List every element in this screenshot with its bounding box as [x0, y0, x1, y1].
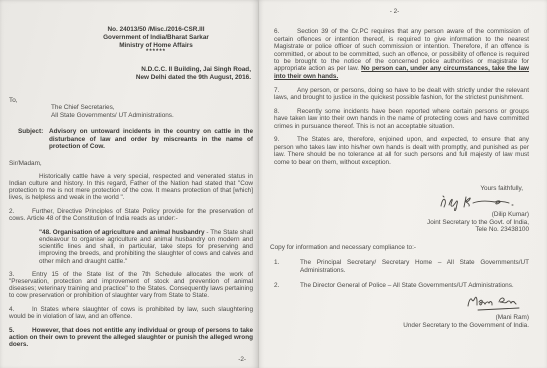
- signer-1-title: Joint Secretary to the Govt. of India,: [274, 219, 529, 226]
- scanned-document: No. 24013/50 /Misc./2016-CSR.III Governm…: [0, 0, 547, 368]
- paragraph-3-number: 3.: [9, 271, 32, 278]
- copy-item-2: 2. The Director General of Police – All …: [274, 282, 529, 289]
- copy-item-2-text: The Director General of Police – All Sta…: [300, 282, 529, 289]
- quote-bold-leadin: "48. Organisation of agriculture and ani…: [39, 229, 205, 236]
- paragraph-7-number: 7.: [274, 87, 297, 94]
- recipient-line-1: The Chief Secretaries,: [51, 104, 253, 112]
- paragraph-5: 5.However, that does not entitle any ind…: [9, 327, 253, 349]
- paragraph-3: 3.Entry 15 of the State list of the 7th …: [9, 271, 253, 300]
- letter-page-2: - 2- 6.Section 39 of the Cr.PC requires …: [258, 0, 547, 368]
- paragraph-9: 9.The States are, therefore, enjoined up…: [274, 136, 529, 166]
- paragraph-9-number: 9.: [274, 136, 297, 143]
- paragraph-7-text: Any person, or persons, doing so have to…: [274, 87, 529, 101]
- asterisk-divider: ******: [61, 49, 251, 55]
- paragraph-5-number: 5.: [9, 327, 32, 334]
- signer-1-name: (Dilip Kumar): [274, 211, 529, 218]
- recipient-block: The Chief Secretaries, All State Governm…: [51, 104, 253, 119]
- subject-text: Advisory on untoward incidents in the co…: [49, 128, 253, 150]
- paragraph-2: 2.Further, Directive Principles of State…: [9, 208, 253, 222]
- paragraph-9-text: The States are, therefore, enjoined upon…: [274, 136, 529, 165]
- date-line: New Delhi dated the 9th August, 2016.: [9, 74, 251, 82]
- paragraph-4-number: 4.: [9, 306, 32, 313]
- subject-line: Subject: Advisory on untoward incidents …: [9, 128, 253, 150]
- salutation: Sir/Madam,: [9, 160, 253, 167]
- paragraph-6: 6.Section 39 of the Cr.PC requires that …: [274, 28, 529, 80]
- paragraph-6-number: 6.: [274, 28, 297, 35]
- paragraph-1: Historically cattle have a very special,…: [9, 173, 253, 202]
- paragraph-8-text: Recently some incidents have been report…: [274, 108, 529, 130]
- copy-item-2-number: 2.: [274, 282, 300, 289]
- copy-item-1-text: The Principal Secretary/ Secretary Home …: [300, 259, 529, 274]
- paragraph-2-number: 2.: [9, 208, 32, 215]
- paragraph-4-text: In States where slaughter of cows is pro…: [9, 306, 253, 320]
- paragraph-2-text: Further, Directive Principles of State P…: [9, 208, 253, 222]
- closing: Yours faithfully,: [274, 185, 529, 192]
- paragraph-7: 7.Any person, or persons, doing so have …: [274, 87, 529, 102]
- page-2-number: - 2-: [274, 8, 515, 15]
- mani-ram-signature: [463, 293, 523, 314]
- signer-1-block: (Dilip Kumar) Joint Secretary to the Gov…: [274, 211, 529, 233]
- government-name: Government of India/Bharat Sarkar: [61, 34, 251, 42]
- copy-item-1-number: 1.: [274, 259, 300, 274]
- paragraph-4: 4.In States where slaughter of cows is p…: [9, 306, 253, 320]
- paragraph-3-text: Entry 15 of the State list of the 7th Sc…: [9, 271, 253, 300]
- office-address-block: N.D.C.C. II Building, Jai Singh Road, Ne…: [9, 66, 253, 82]
- copy-heading: Copy for information and necessary compl…: [270, 244, 529, 251]
- paragraph-8: 8.Recently some incidents have been repo…: [274, 108, 529, 130]
- signer-1-phone: Tele No. 23438100: [274, 226, 529, 233]
- recipient-line-2: All State Governments/ UT Administration…: [51, 112, 253, 120]
- paragraph-8-number: 8.: [274, 108, 297, 115]
- dilip-kumar-signature: [437, 193, 515, 211]
- signer-2-name: (Mani Ram): [274, 314, 529, 321]
- subject-label: Subject:: [18, 128, 49, 150]
- letterhead: No. 24013/50 /Misc./2016-CSR.III Governm…: [61, 26, 251, 55]
- letter-page-1: No. 24013/50 /Misc./2016-CSR.III Governm…: [0, 0, 258, 368]
- reference-number: No. 24013/50 /Misc./2016-CSR.III: [61, 26, 251, 34]
- copy-item-1: 1. The Principal Secretary/ Secretary Ho…: [274, 259, 529, 274]
- signer-2-title: Under Secretary to the Government of Ind…: [274, 322, 529, 329]
- page-1-continuation-marker: -2-: [238, 356, 246, 363]
- ministry-name: Ministry of Home Affairs: [61, 42, 251, 50]
- office-address: N.D.C.C. II Building, Jai Singh Road,: [9, 66, 251, 74]
- constitution-article-48-quote: "48. Organisation of agriculture and ani…: [39, 229, 253, 265]
- paragraph-5-text: However, that does not entitle any indiv…: [9, 327, 253, 348]
- to-label: To,: [9, 97, 253, 104]
- signer-2-block: (Mani Ram) Under Secretary to the Govern…: [274, 314, 529, 329]
